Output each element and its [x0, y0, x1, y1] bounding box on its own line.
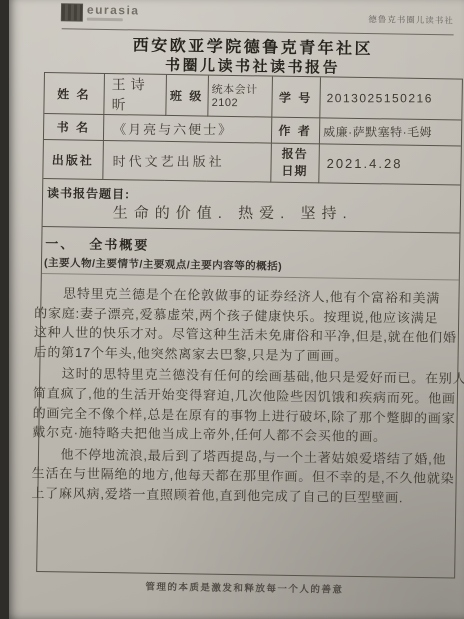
paper-content: eurasia 德鲁克书圈儿读书社 西安欧亚学院德鲁克青年社区 书圈儿读书社读书…	[0, 0, 464, 619]
book-value-cell: 《月亮与六便士》	[103, 114, 271, 143]
table-row: 出版社 时代文艺出版社 报告日期 2021.4.28	[43, 140, 461, 186]
info-table: 姓 名 王诗昕 班 级 统本会计2102 学 号 2013025150216 书…	[43, 73, 462, 186]
name-value: 王诗昕	[107, 74, 162, 114]
handwritten-line: 戴尔克·施特略夫把他当成上帝外,任何人都不会买他的画。	[32, 423, 456, 448]
report-topic-value: 生命的价值. 热爱. 坚持.	[113, 202, 353, 223]
page-root: { "photo": { "background_color": "#2f2d2…	[0, 0, 464, 619]
section-header-row: 一、全书概要 (主要人物/主要情节/主要观点/主要内容等的概括)	[42, 227, 460, 281]
table-row: 姓 名 王诗昕 班 级 统本会计2102 学 号 2013025150216	[44, 73, 462, 120]
section-title: 全书概要	[89, 237, 149, 253]
publisher-label: 出版社	[43, 140, 103, 180]
university-logo: eurasia	[62, 3, 140, 21]
report-date-value-cell: 2021.4.28	[318, 144, 461, 185]
report-topic-label: 读书报告题目:	[47, 184, 130, 202]
section-note: (主要人物/主要情节/主要观点/主要内容等的概括)	[44, 255, 282, 274]
student-id-value-cell: 2013025150216	[319, 77, 462, 120]
book-label: 书 名	[44, 114, 103, 141]
report-form: 姓 名 王诗昕 班 级 统本会计2102 学 号 2013025150216 书…	[36, 72, 463, 579]
paper-sheet: eurasia 德鲁克书圈儿读书社 西安欧亚学院德鲁克青年社区 书圈儿读书社读书…	[9, 0, 464, 619]
report-date-value: 2021.4.28	[322, 156, 402, 171]
report-topic-row: 读书报告题目: 生命的价值. 热爱. 坚持.	[43, 179, 461, 234]
author-label: 作 者	[271, 117, 319, 144]
student-id-label: 学 号	[271, 77, 320, 118]
eurasia-logo-icon	[62, 4, 82, 20]
report-date-label: 报告日期	[270, 143, 319, 183]
name-label: 姓 名	[44, 73, 104, 114]
student-id-value: 2013025150216	[323, 91, 432, 105]
community-label: 德鲁克书圈儿读书社	[368, 13, 454, 26]
class-label: 班 级	[165, 75, 208, 116]
name-value-cell: 王诗昕	[103, 74, 166, 115]
author-value: 威廉·萨默塞特·毛姆	[323, 123, 432, 140]
publisher-value-cell: 时代文艺出版社	[102, 140, 271, 182]
book-value: 《月亮与六便士》	[107, 118, 233, 137]
section-number: 一、	[45, 236, 75, 251]
handwritten-summary: 思特里克兰德是个在伦敦做事的证券经济人,他有个富裕和美满的家庭:妻子漂亮,爱慕虚…	[37, 274, 459, 588]
author-value-cell: 威廉·萨默塞特·毛姆	[319, 118, 461, 146]
page-header: eurasia 德鲁克书圈儿读书社	[62, 3, 454, 35]
logo-subtext	[87, 18, 123, 22]
publisher-value: 时代文艺出版社	[106, 151, 224, 170]
class-value: 统本会计2102	[211, 81, 268, 109]
class-value-cell: 统本会计2102	[207, 76, 272, 118]
logo-wordmark: eurasia	[87, 4, 140, 17]
section-heading: 一、全书概要	[45, 233, 149, 254]
